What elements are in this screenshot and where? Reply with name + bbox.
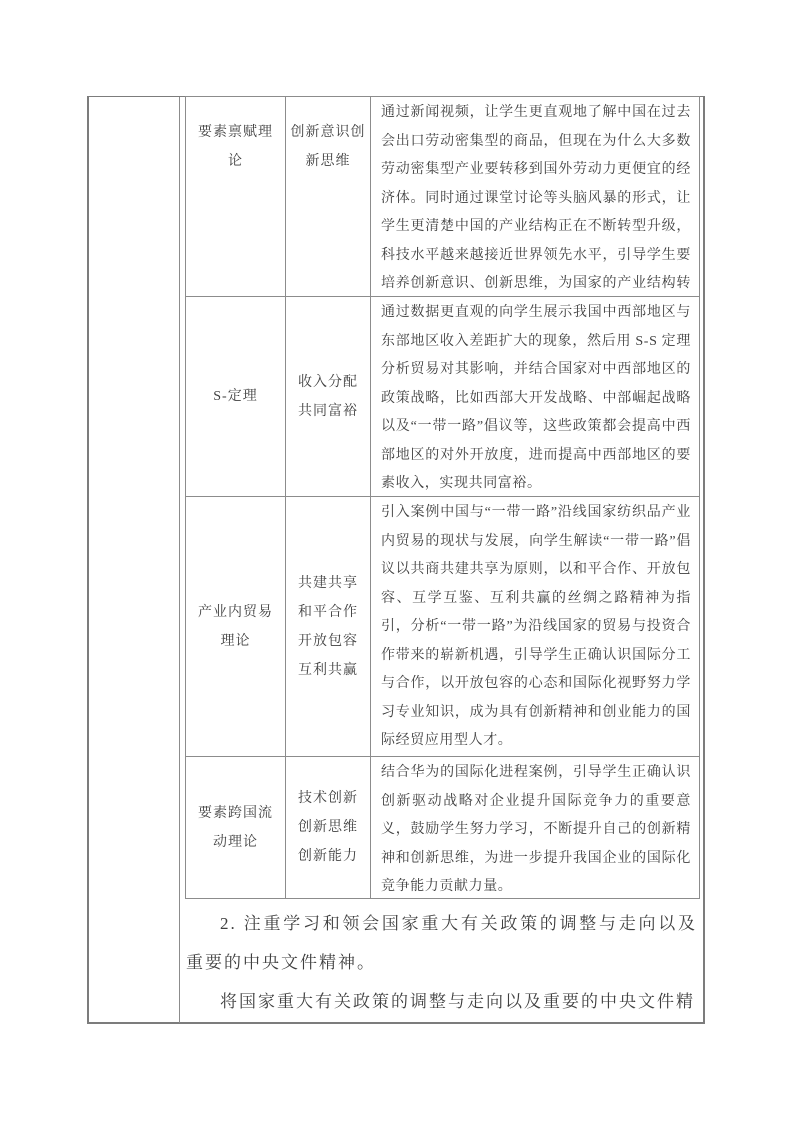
theory-cell-row1: 要素禀赋理 论 bbox=[186, 97, 286, 297]
description-cell-row3: 引入案例中国与“一带一路”沿线国家纺织品产业内贸易的现状与发展，向学生解读“一带… bbox=[371, 497, 699, 757]
description-cell-row4: 结合华为的国际化进程案例，引导学生正确认识创新驱动战略对企业提升国际竞争力的重要… bbox=[371, 757, 699, 898]
theory-cell-row3: 产业内贸易 理论 bbox=[186, 497, 286, 757]
notes-paragraph-2: 将国家重大有关政策的调整与走向以及重要的中央文件精 bbox=[186, 982, 697, 1021]
theory-cell-row4: 要素跨国流 动理论 bbox=[186, 757, 286, 898]
notes-section: 2. 注重学习和领会国家重大有关政策的调整与走向以及重要的中央文件精神。 将国家… bbox=[181, 899, 701, 1021]
theory-keyword-table: 要素禀赋理 论 创新意识创 新思维 通过新闻视频，让学生更直观地了解中国在过去会… bbox=[185, 96, 700, 899]
keywords-cell-row2: 收入分配 共同富裕 bbox=[286, 297, 371, 497]
notes-paragraph-1: 2. 注重学习和领会国家重大有关政策的调整与走向以及重要的中央文件精神。 bbox=[186, 904, 697, 982]
empty-header-column-cell bbox=[89, 97, 179, 1023]
keywords-cell-row3: 共建共享 和平合作 开放包容 互利共赢 bbox=[286, 497, 371, 757]
keywords-cell-row4: 技术创新 创新思维 创新能力 bbox=[286, 757, 371, 898]
keywords-cell-row1: 创新意识创 新思维 bbox=[286, 97, 371, 297]
outer-table-column-divider bbox=[179, 97, 180, 1023]
theory-cell-row2: S-定理 bbox=[186, 297, 286, 497]
description-cell-row2: 通过数据更直观的向学生展示我国中西部地区与东部地区收入差距扩大的现象，然后用 S… bbox=[371, 297, 699, 497]
description-cell-row1: 通过新闻视频，让学生更直观地了解中国在过去会出口劳动密集型的商品，但现在为什么大… bbox=[371, 97, 699, 297]
document-page: 要素禀赋理 论 创新意识创 新思维 通过新闻视频，让学生更直观地了解中国在过去会… bbox=[0, 0, 794, 1123]
